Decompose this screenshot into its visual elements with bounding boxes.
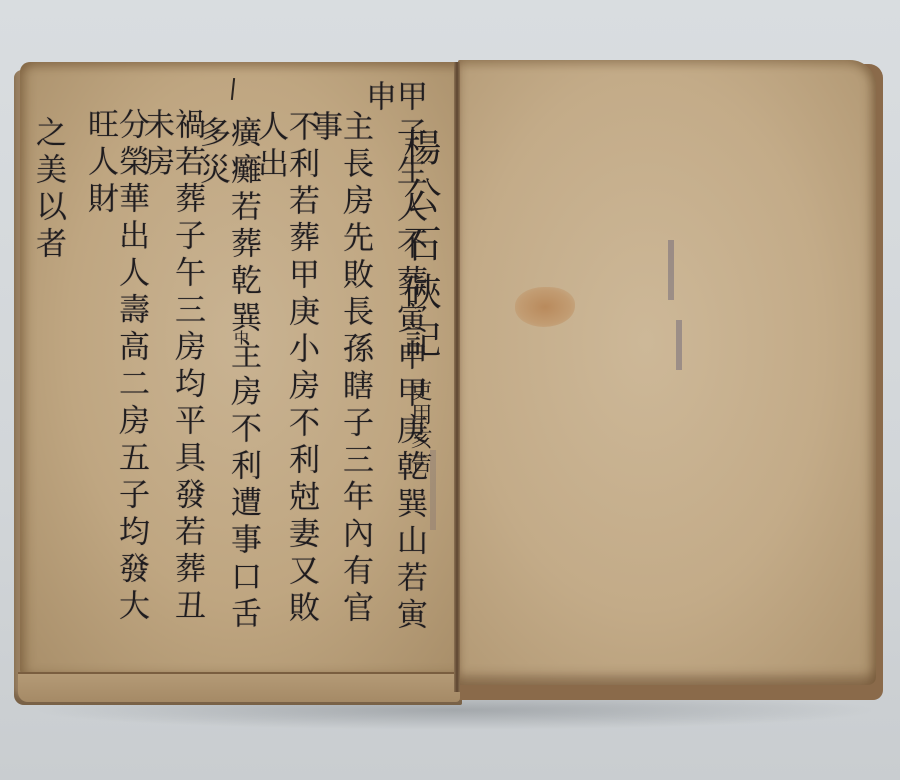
left-page-lower-leaves	[18, 672, 460, 702]
ink-bleed-through	[676, 320, 682, 370]
ink-bleed-through	[668, 240, 674, 300]
text-column-7: 之美以者	[32, 116, 63, 264]
text-columns: 甲子生人不葬寅申甲庚乾巽山若寅申 主長房先敗長孫瞎子三年內有官事 不利若葬甲庚小…	[28, 80, 458, 660]
open-manuscript-book: 楊公石硤記 吏用亥吉 甲子生人不葬寅申甲庚乾巽山若寅申 主長房先敗長孫瞎子三年內…	[0, 0, 900, 780]
interlinear-note: 中	[233, 330, 248, 345]
text-column-5: 禍若葬子午三房均平具發若葬丑未房	[140, 108, 202, 660]
text-column-6: 分榮華出人壽高二房五子均發大旺人財	[84, 108, 146, 660]
text-column-4: 癀癱若葬乾巽主房不利遭事口舌多災	[196, 116, 258, 660]
text-column-3: 不利若葬甲庚小房不利尅妻又敗人出	[254, 110, 316, 660]
right-page	[458, 60, 876, 685]
